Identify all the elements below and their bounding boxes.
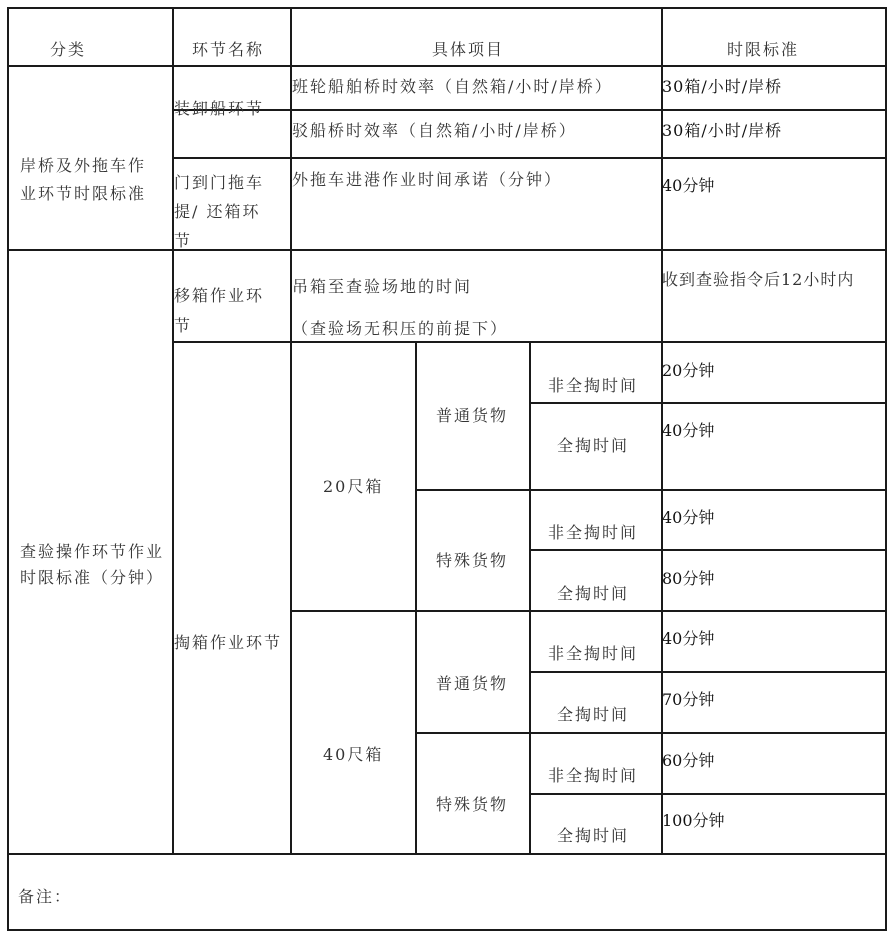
header-category: 分类 (50, 40, 86, 60)
table-border-right (885, 7, 887, 931)
header-time-limit: 时限标准 (727, 40, 799, 60)
stage-loading: 装卸船环节 (174, 99, 264, 119)
remarks-label: 备注： (18, 887, 72, 907)
row-divider (415, 732, 887, 734)
full-unpack-label: 全掏时间 (557, 436, 629, 456)
full-unpack-label: 全掏时间 (557, 584, 629, 604)
cargo-special-40ft: 特殊货物 (436, 795, 508, 815)
table-border-bottom (7, 929, 887, 931)
row-divider (529, 671, 887, 673)
full-unpack-limit: 40分钟 (662, 421, 714, 441)
container-40ft: 40尺箱 (323, 745, 383, 765)
stage-line: 提/ 还箱环 (174, 197, 264, 226)
partial-unpack-limit: 40分钟 (662, 508, 714, 528)
item-barge-efficiency: 驳船桥时效率（自然箱/小时/岸桥） (292, 121, 577, 141)
row-divider (173, 109, 887, 111)
limit-barge-efficiency: 30箱/小时/岸桥 (662, 121, 782, 141)
cargo-ordinary-40ft: 普通货物 (436, 674, 508, 694)
header-item: 具体项目 (432, 40, 504, 60)
limit-liner-efficiency: 30箱/小时/岸桥 (662, 77, 782, 97)
partial-unpack-label: 非全掏时间 (548, 644, 638, 664)
category-line: 查验操作环节作业 (20, 542, 164, 562)
stage-unpack: 掏箱作业环节 (174, 633, 282, 653)
header-divider (7, 65, 887, 67)
stage-line: 节 (174, 226, 264, 255)
category-line: 时限标准（分钟） (20, 568, 164, 588)
item-line: （查验场无积压的前提下） (292, 308, 508, 350)
stage-move: 移箱作业环 节 (174, 281, 264, 341)
full-unpack-limit: 80分钟 (662, 569, 714, 589)
stage-line: 移箱作业环 (174, 281, 264, 311)
table-border-left (7, 7, 9, 931)
stage-trucking: 门到门拖车 提/ 还箱环 节 (174, 168, 264, 255)
cargo-special-20ft: 特殊货物 (436, 551, 508, 571)
partial-unpack-limit: 60分钟 (662, 751, 714, 771)
item-trucking: 外拖车进港作业时间承诺（分钟） (292, 170, 562, 190)
row-divider (173, 157, 887, 159)
partial-unpack-label: 非全掏时间 (548, 766, 638, 786)
table-border-top (7, 7, 887, 9)
item-liner-efficiency: 班轮船舶桥时效率（自然箱/小时/岸桥） (292, 77, 613, 97)
category-line: 岸桥及外拖车作 (20, 156, 146, 176)
remarks-divider (7, 853, 887, 855)
category-inspection: 查验操作环节作业 时限标准（分钟） (20, 542, 164, 588)
item-line: 吊箱至查验场地的时间 (292, 266, 508, 308)
item-move: 吊箱至查验场地的时间 （查验场无积压的前提下） (292, 266, 508, 350)
row-divider (529, 793, 887, 795)
partial-unpack-label: 非全掏时间 (548, 523, 638, 543)
row-divider (415, 489, 887, 491)
partial-unpack-label: 非全掏时间 (548, 376, 638, 396)
col-divider (415, 341, 417, 855)
full-unpack-label: 全掏时间 (557, 705, 629, 725)
full-unpack-label: 全掏时间 (557, 826, 629, 846)
full-unpack-limit: 100分钟 (662, 811, 725, 831)
partial-unpack-limit: 40分钟 (662, 629, 714, 649)
limit-trucking: 40分钟 (662, 176, 714, 196)
container-20ft: 20尺箱 (323, 477, 383, 497)
cargo-ordinary-20ft: 普通货物 (436, 406, 508, 426)
section-divider (7, 249, 887, 251)
col-divider (529, 341, 531, 855)
category-quay-crane: 岸桥及外拖车作 业环节时限标准 (20, 156, 146, 204)
row-divider (290, 610, 887, 612)
col-divider (172, 7, 174, 855)
row-divider (529, 549, 887, 551)
limit-move: 收到查验指令后12小时内 (662, 270, 854, 290)
full-unpack-limit: 70分钟 (662, 690, 714, 710)
stage-line: 门到门拖车 (174, 168, 264, 197)
category-line: 业环节时限标准 (20, 184, 146, 204)
row-divider (529, 402, 887, 404)
stage-line: 节 (174, 311, 264, 341)
header-stage-name: 环节名称 (192, 40, 264, 60)
partial-unpack-limit: 20分钟 (662, 361, 714, 381)
